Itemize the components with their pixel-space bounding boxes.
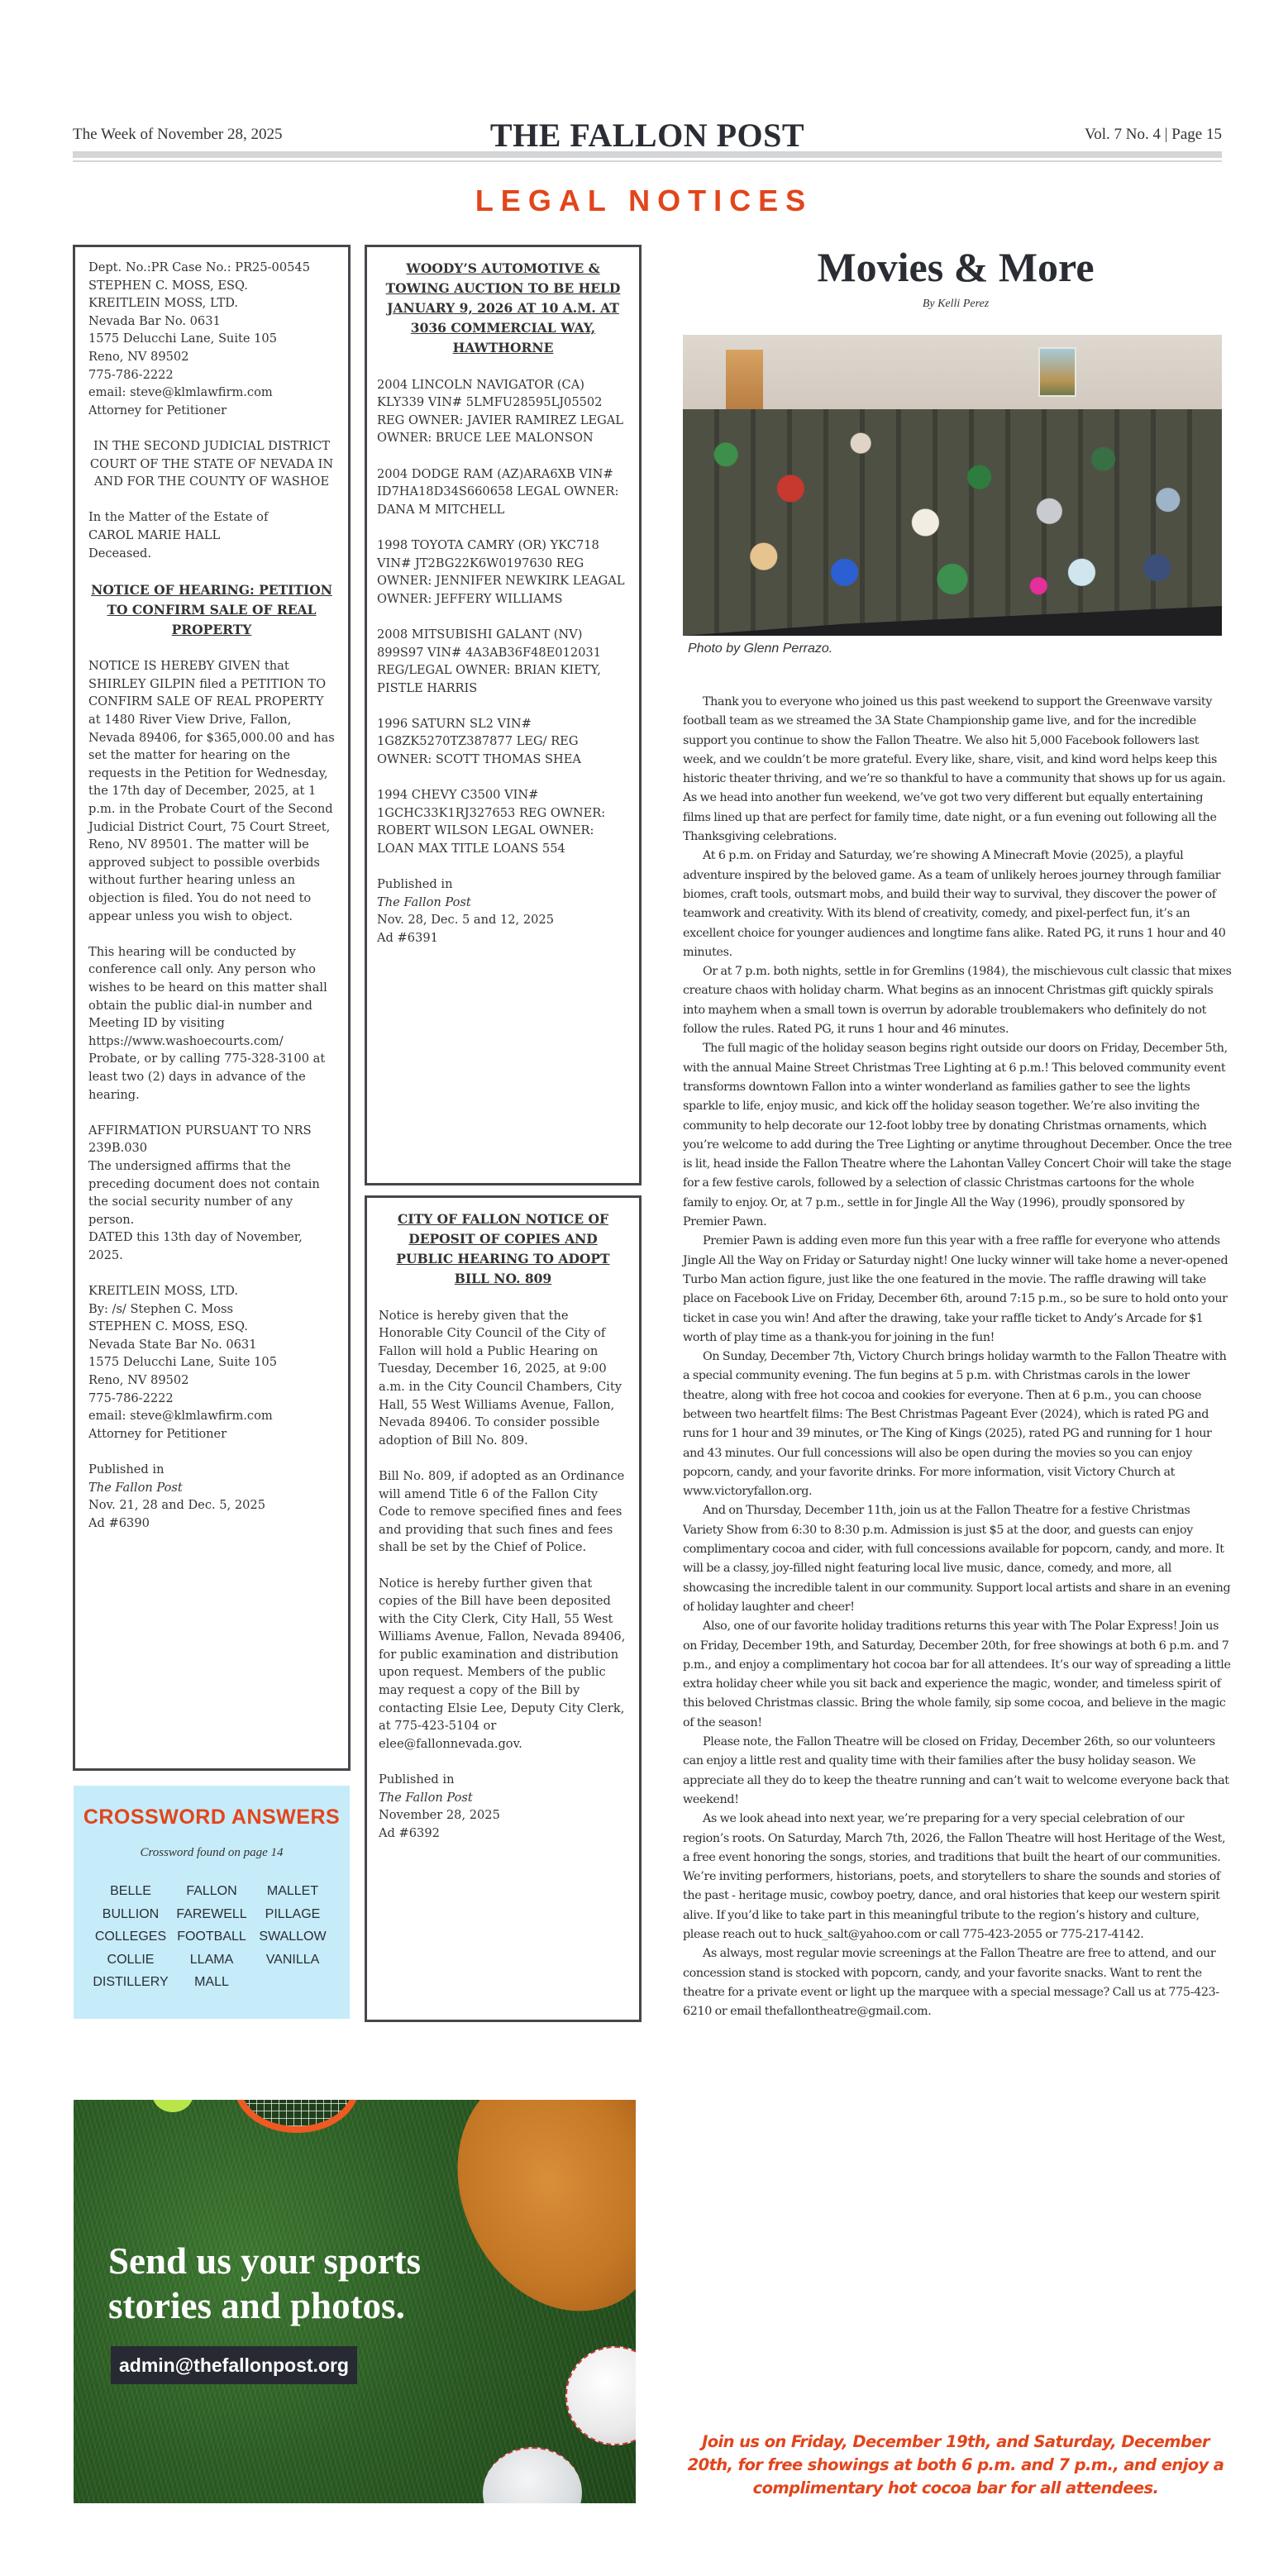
answer-word: MALL <box>171 1971 252 1994</box>
court-name: IN THE SECOND JUDICIAL DISTRICT COURT OF… <box>88 437 335 491</box>
affirmation: AFFIRMATION PURSUANT TO NRS 239B.030 The… <box>88 1122 335 1265</box>
notice-body: NOTICE IS HEREBY GIVEN that SHIRLEY GILP… <box>88 657 335 925</box>
answer-column: MALLET PILLAGE SWALLOW VANILLA <box>252 1880 333 1994</box>
answer-word: DISTILLERY <box>90 1971 171 1994</box>
answer-word: PILLAGE <box>252 1903 333 1926</box>
vehicle-entry: 2004 DODGE RAM (AZ)ARA6XB VIN# ID7HA18D3… <box>377 465 629 519</box>
ad-number: Ad #6390 <box>88 1515 335 1533</box>
article-paragraph: Please note, the Fallon Theatre will be … <box>683 1733 1232 1810</box>
answer-word: COLLEGES <box>90 1925 171 1949</box>
city-notice-heading: CITY OF FALLON NOTICE OF DEPOSIT OF COPI… <box>379 1209 627 1289</box>
publication-name: The Fallon Post <box>379 1789 627 1807</box>
publication-dates: November 28, 2025 <box>379 1806 627 1825</box>
crossword-answers-box: CROSSWORD ANSWERS Crossword found on pag… <box>74 1786 350 2019</box>
photo-credit: Photo by Glenn Perrazo. <box>688 642 832 656</box>
sports-submission-ad: Send us your sports stories and photos. … <box>74 2100 636 2503</box>
published-in: Published in <box>377 875 629 894</box>
volume-page: Vol. 7 No. 4 | Page 15 <box>1085 126 1222 144</box>
answer-word: BULLION <box>90 1903 171 1926</box>
article-paragraph: Premier Pawn is adding even more fun thi… <box>683 1232 1232 1348</box>
crossword-answer-grid: BELLE BULLION COLLEGES COLLIE DISTILLERY… <box>74 1880 350 1994</box>
published-in: Published in <box>88 1461 335 1479</box>
answer-word: SWALLOW <box>252 1925 333 1949</box>
answer-word: COLLIE <box>90 1949 171 1972</box>
vehicle-entry: 1998 TOYOTA CAMRY (OR) YKC718 VIN# JT2BG… <box>377 537 629 608</box>
publication-info: Published in The Fallon Post Nov. 21, 28… <box>88 1461 335 1532</box>
publication-info: Published in The Fallon Post November 28… <box>379 1771 627 1842</box>
publication-dates: Nov. 28, Dec. 5 and 12, 2025 <box>377 911 629 929</box>
polar-express-callout: Join us on Friday, December 19th, and Sa… <box>678 2431 1233 2500</box>
article-paragraph: As always, most regular movie screenings… <box>683 1944 1232 2021</box>
legal-notice-auction: WOODY’S AUTOMOTIVE & TOWING AUCTION TO B… <box>365 245 642 1185</box>
answer-word: FOOTBALL <box>171 1925 252 1949</box>
answer-word: VANILLA <box>252 1949 333 1972</box>
notice-heading: NOTICE OF HEARING: PETITION TO CONFIRM S… <box>88 580 335 640</box>
ad-headline: Send us your sports stories and photos. <box>108 2239 421 2328</box>
masthead-rule-thick <box>73 151 1222 158</box>
photo-painting <box>1038 347 1076 397</box>
masthead-rule-thin <box>73 160 1222 162</box>
answer-word: LLAMA <box>171 1949 252 1972</box>
vehicle-entry: 1994 CHEVY C3500 VIN# 1GCHC33K1RJ327653 … <box>377 786 629 857</box>
article-byline: By Kelli Perez <box>683 298 1228 311</box>
answer-word: FALLON <box>171 1880 252 1903</box>
publication-name: The Fallon Post <box>377 894 629 912</box>
theatre-audience-photo <box>683 335 1222 636</box>
article-body: Thank you to everyone who joined us this… <box>683 693 1232 2021</box>
ad-number: Ad #6391 <box>377 929 629 947</box>
estate-matter: In the Matter of the Estate of CAROL MAR… <box>88 508 335 562</box>
city-notice-body: Bill No. 809, if adopted as an Ordinance… <box>379 1467 627 1557</box>
newspaper-title: THE FALLON POST <box>73 116 1222 155</box>
publication-info: Published in The Fallon Post Nov. 28, De… <box>377 875 629 947</box>
photo-crowd <box>683 409 1222 636</box>
ad-email-link[interactable]: admin@thefallonpost.org <box>111 2346 357 2384</box>
city-notice-body: Notice is hereby given that the Honorabl… <box>379 1307 627 1450</box>
article-paragraph: Thank you to everyone who joined us this… <box>683 693 1232 847</box>
answer-column: FALLON FAREWELL FOOTBALL LLAMA MALL <box>171 1880 252 1994</box>
legal-notice-estate: Dept. No.:PR Case No.: PR25-00545 STEPHE… <box>73 245 351 1771</box>
crossword-subtitle: Crossword found on page 14 <box>74 1846 350 1860</box>
vehicle-entry: 2008 MITSUBISHI GALANT (NV) 899S97 VIN# … <box>377 626 629 697</box>
vehicle-entry: 1996 SATURN SL2 VIN# 1G8ZK5270TZ387877 L… <box>377 715 629 769</box>
answer-word: MALLET <box>252 1880 333 1903</box>
crossword-title: CROSSWORD ANSWERS <box>74 1806 350 1829</box>
article-paragraph: At 6 p.m. on Friday and Saturday, we’re … <box>683 847 1232 962</box>
legal-notice-city: CITY OF FALLON NOTICE OF DEPOSIT OF COPI… <box>365 1195 642 2022</box>
article-paragraph: And on Thursday, December 11th, join us … <box>683 1501 1232 1617</box>
article-paragraph: Also, one of our favorite holiday tradit… <box>683 1617 1232 1733</box>
city-notice-body: Notice is hereby further given that copi… <box>379 1575 627 1753</box>
article-paragraph: As we look ahead into next year, we’re p… <box>683 1810 1232 1944</box>
ad-headline-line: Send us your sports <box>108 2239 421 2283</box>
notice-hearing-info: This hearing will be conducted by confer… <box>88 943 335 1104</box>
answer-word: FAREWELL <box>171 1903 252 1926</box>
published-in: Published in <box>379 1771 627 1789</box>
section-title: LEGAL NOTICES <box>0 184 1288 218</box>
article-paragraph: On Sunday, December 7th, Victory Church … <box>683 1348 1232 1501</box>
vehicle-entry: 2004 LINCOLN NAVIGATOR (CA) KLY339 VIN# … <box>377 376 629 447</box>
answer-word: BELLE <box>90 1880 171 1903</box>
article-paragraph: Or at 7 p.m. both nights, settle in for … <box>683 962 1232 1039</box>
masthead: The Week of November 28, 2025 THE FALLON… <box>73 116 1222 149</box>
ad-number: Ad #6392 <box>379 1825 627 1843</box>
article-title: Movies & More <box>683 243 1228 291</box>
publication-dates: Nov. 21, 28 and Dec. 5, 2025 <box>88 1496 335 1515</box>
answer-column: BELLE BULLION COLLEGES COLLIE DISTILLERY <box>90 1880 171 1994</box>
publication-name: The Fallon Post <box>88 1479 335 1497</box>
article-paragraph: The full magic of the holiday season beg… <box>683 1039 1232 1232</box>
article-header: Movies & More By Kelli Perez <box>683 240 1228 311</box>
signature-block: KREITLEIN MOSS, LTD. By: /s/ Stephen C. … <box>88 1282 335 1443</box>
attorney-header: Dept. No.:PR Case No.: PR25-00545 STEPHE… <box>88 259 335 419</box>
auction-heading: WOODY’S AUTOMOTIVE & TOWING AUCTION TO B… <box>377 259 629 358</box>
ad-headline-line: stories and photos. <box>108 2283 421 2328</box>
